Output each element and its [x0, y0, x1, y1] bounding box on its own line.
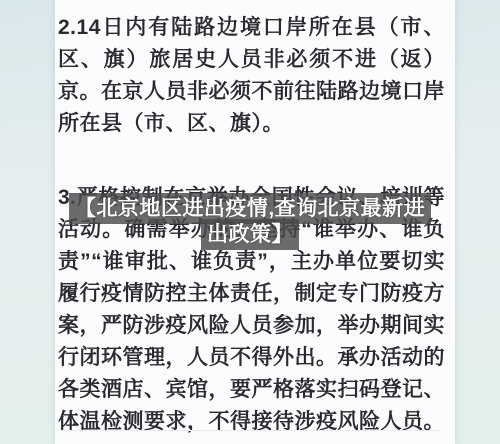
policy-paragraph-3: 3.严格控制在京举办全国性会议、培训等活动。确需举办的，坚持“谁举办、谁负责”“… [58, 182, 445, 438]
page-background: 2.14日内有陆路边境口岸所在县（市、区、旗）旅居史人员非必须不进（返）京。在京… [0, 0, 500, 444]
article-body: 2.14日内有陆路边境口岸所在县（市、区、旗）旅居史人员非必须不进（返）京。在京… [58, 0, 445, 438]
card-bottom-divider [60, 430, 440, 431]
article-card: 2.14日内有陆路边境口岸所在县（市、区、旗）旅居史人员非必须不进（返）京。在京… [55, 0, 455, 444]
policy-paragraph-2: 2.14日内有陆路边境口岸所在县（市、区、旗）旅居史人员非必须不进（返）京。在京… [58, 12, 445, 140]
